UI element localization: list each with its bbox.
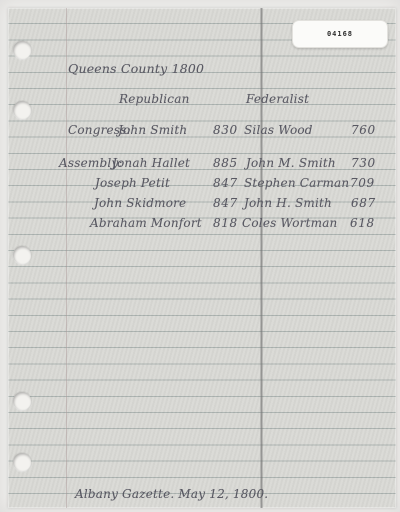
federalist-votes: 687 [351, 196, 376, 210]
republican-candidate: Joseph Petit [95, 176, 170, 190]
federalist-votes: 760 [351, 123, 376, 137]
catalog-sticker: 04168 [292, 20, 388, 48]
scanned-page: 04168 Queens County 1800 Republican Fede… [0, 0, 400, 512]
margin-line [66, 8, 67, 508]
federalist-candidate: John H. Smith [244, 196, 332, 210]
federalist-votes: 709 [350, 176, 375, 190]
republican-votes: 830 [213, 123, 238, 137]
punch-hole [13, 453, 31, 471]
column-header-republican: Republican [119, 92, 190, 106]
republican-candidate: John Skidmore [94, 196, 186, 210]
federalist-votes: 730 [351, 156, 376, 170]
republican-candidate: Jonah Hallet [112, 156, 190, 170]
center-crease [260, 8, 263, 508]
federalist-candidate: Stephen Carman [244, 176, 349, 190]
punch-hole [13, 101, 31, 119]
republican-votes: 818 [213, 216, 238, 230]
republican-candidate: John Smith [118, 123, 187, 137]
punch-hole [13, 246, 31, 264]
federalist-votes: 618 [350, 216, 375, 230]
federalist-candidate: Coles Wortman [242, 216, 337, 230]
republican-votes: 847 [213, 196, 238, 210]
source-citation: Albany Gazette. May 12, 1800. [75, 487, 268, 501]
catalog-number: 04168 [327, 30, 353, 38]
page-title: Queens County 1800 [68, 61, 204, 76]
federalist-candidate: Silas Wood [244, 123, 313, 137]
republican-votes: 885 [213, 156, 238, 170]
republican-candidate: Abraham Monfort [90, 216, 202, 230]
punch-hole [13, 41, 31, 59]
republican-votes: 847 [213, 176, 238, 190]
punch-hole [13, 392, 31, 410]
federalist-candidate: John M. Smith [246, 156, 336, 170]
column-header-federalist: Federalist [246, 92, 309, 106]
